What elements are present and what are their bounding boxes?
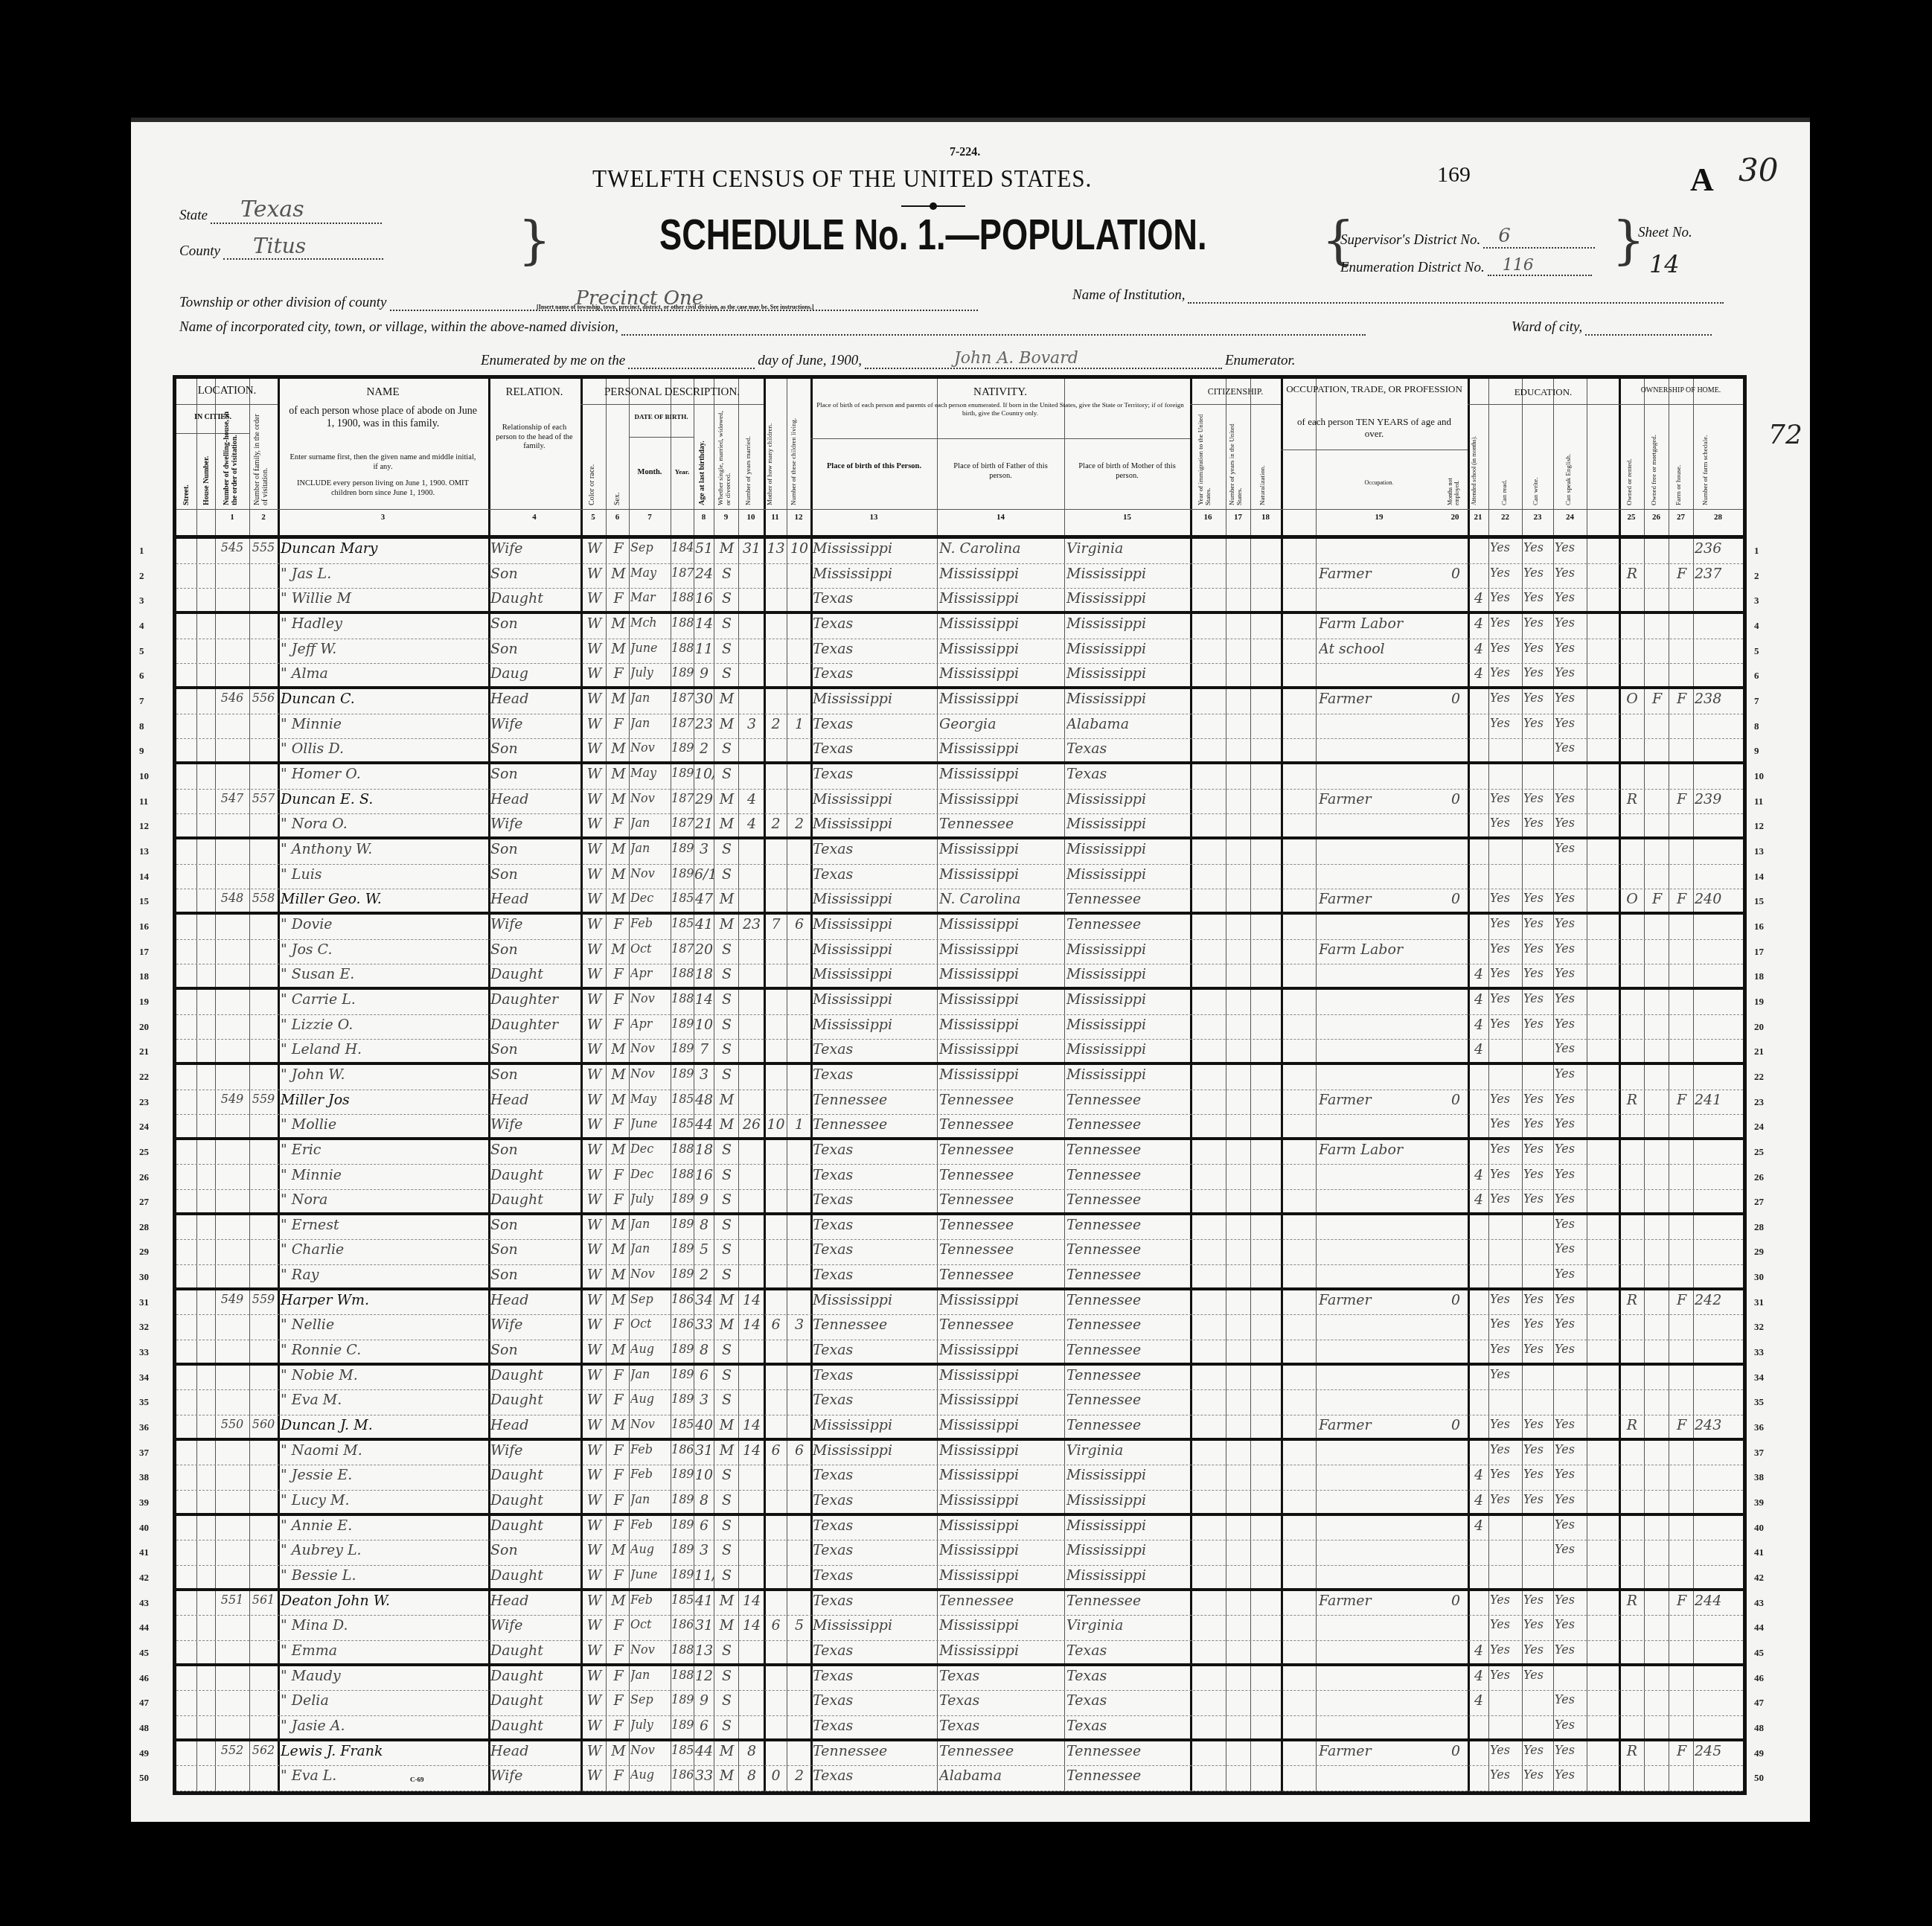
owned-free-mortgaged bbox=[1645, 615, 1669, 638]
children-living: 2 bbox=[788, 816, 810, 838]
birthplace-father: Mississippi bbox=[939, 665, 1063, 688]
relation: Head bbox=[490, 691, 580, 713]
row-number-right: 38 bbox=[1754, 1471, 1764, 1483]
birthplace-person: Texas bbox=[813, 866, 936, 889]
can-read: Yes bbox=[1490, 1442, 1522, 1465]
table-row: 44" HadleySonWMMch188614STexasMississipp… bbox=[176, 614, 1743, 639]
row-number-right: 2 bbox=[1754, 570, 1759, 582]
owned-rented: R bbox=[1620, 791, 1644, 813]
months-not-employed bbox=[1444, 941, 1468, 964]
age: 29 bbox=[694, 791, 714, 813]
farm-or-house: F bbox=[1670, 691, 1693, 713]
years-married: 14 bbox=[740, 1442, 764, 1465]
relation: Wife bbox=[490, 1617, 580, 1639]
can-write: Yes bbox=[1523, 1167, 1553, 1189]
hdr-line bbox=[176, 404, 278, 405]
color-race: W bbox=[583, 1617, 606, 1639]
dwelling-number bbox=[215, 1342, 249, 1364]
birthplace-person: Mississippi bbox=[813, 966, 936, 988]
birthplace-father: Mississippi bbox=[939, 566, 1063, 588]
color-race: W bbox=[583, 1642, 606, 1665]
table-row: 2020" Lizzie O.DaughterWFApr189010SMissi… bbox=[176, 1015, 1743, 1040]
owned-free-mortgaged bbox=[1645, 1316, 1669, 1339]
dwelling-number bbox=[215, 916, 249, 938]
birth-year: 1870 bbox=[671, 691, 694, 713]
attended-school bbox=[1469, 1392, 1488, 1414]
children-living bbox=[788, 1342, 810, 1364]
relation: Daught bbox=[490, 1467, 580, 1489]
hdr-name-instr2: INCLUDE every person living on June 1, 1… bbox=[288, 479, 478, 498]
birthplace-mother: Texas bbox=[1066, 740, 1189, 763]
owned-rented bbox=[1620, 1767, 1644, 1790]
table-row: 2727" NoraDaughtWFJuly18909STexasTenness… bbox=[176, 1190, 1743, 1215]
person-name: " Lucy M. bbox=[281, 1492, 487, 1514]
farm-or-house bbox=[1670, 1392, 1693, 1414]
family-number: 561 bbox=[249, 1593, 278, 1615]
birthplace-mother: Texas bbox=[1066, 1692, 1189, 1715]
birth-month: Mar bbox=[630, 590, 671, 612]
children-living bbox=[788, 615, 810, 638]
can-read: Yes bbox=[1490, 1617, 1522, 1639]
attended-school: 4 bbox=[1469, 991, 1488, 1014]
row-number-right: 30 bbox=[1754, 1271, 1764, 1283]
can-read: Yes bbox=[1490, 641, 1522, 663]
farm-schedule-number bbox=[1695, 1116, 1742, 1139]
marital-status: M bbox=[715, 1593, 738, 1615]
can-read: Yes bbox=[1490, 566, 1522, 588]
family-number: 555 bbox=[249, 540, 278, 563]
birthplace-person: Texas bbox=[813, 1642, 936, 1665]
months-not-employed bbox=[1444, 991, 1468, 1014]
owned-rented bbox=[1620, 1066, 1644, 1089]
age: 3 bbox=[694, 1066, 714, 1089]
marital-status: S bbox=[715, 966, 738, 988]
owned-rented bbox=[1620, 1342, 1644, 1364]
hdr-years-in-us: Number of years in the United States. bbox=[1229, 409, 1248, 505]
can-speak-english: Yes bbox=[1555, 816, 1587, 838]
hdr-occupation-desc: of each person TEN YEARS of age and over… bbox=[1288, 416, 1460, 439]
age: 8 bbox=[694, 1492, 714, 1514]
birthplace-person: Texas bbox=[813, 1217, 936, 1239]
occupation bbox=[1319, 1342, 1442, 1364]
relation: Wife bbox=[490, 1316, 580, 1339]
birth-year: 1866 bbox=[671, 1767, 694, 1790]
family-number bbox=[249, 1367, 278, 1389]
owned-free-mortgaged bbox=[1645, 665, 1669, 688]
owned-rented bbox=[1620, 665, 1644, 688]
years-married bbox=[740, 615, 764, 638]
sex: M bbox=[608, 641, 629, 663]
family-number bbox=[249, 1467, 278, 1489]
owned-free-mortgaged bbox=[1645, 1392, 1669, 1414]
age: 6 bbox=[694, 1718, 714, 1740]
can-write bbox=[1523, 740, 1553, 763]
sex: M bbox=[608, 1041, 629, 1063]
relation: Son bbox=[490, 740, 580, 763]
row-number-right: 16 bbox=[1754, 921, 1764, 932]
sex: F bbox=[608, 916, 629, 938]
children-living bbox=[788, 841, 810, 863]
occupation: Farmer bbox=[1319, 891, 1442, 913]
hdr-date-of-birth: DATE OF BIRTH. bbox=[629, 413, 694, 421]
birth-year: 1896 bbox=[671, 1542, 694, 1564]
sex: F bbox=[608, 1191, 629, 1214]
years-married bbox=[740, 665, 764, 688]
mother-of-children bbox=[765, 740, 787, 763]
birth-year: 1852 bbox=[671, 1092, 694, 1114]
mother-of-children: 6 bbox=[765, 1316, 787, 1339]
birth-month: Feb bbox=[630, 1467, 671, 1489]
sex: M bbox=[608, 841, 629, 863]
table-row: 4343551561Deaton John W.HeadWMFeb185941M… bbox=[176, 1591, 1743, 1616]
birthplace-father: Alabama bbox=[939, 1767, 1063, 1790]
farm-schedule-number bbox=[1695, 1367, 1742, 1389]
table-row: 3535" Eva M.DaughtWFAug18963STexasMissis… bbox=[176, 1390, 1743, 1415]
can-read: Yes bbox=[1490, 691, 1522, 713]
sex: F bbox=[608, 1442, 629, 1465]
birthplace-father: Mississippi bbox=[939, 1417, 1063, 1439]
age: 8 bbox=[694, 1217, 714, 1239]
birth-month: Feb bbox=[630, 1593, 671, 1615]
children-living: 6 bbox=[788, 1442, 810, 1465]
row-number-left: 4 bbox=[139, 620, 144, 632]
marital-status: M bbox=[715, 1316, 738, 1339]
years-married: 31 bbox=[740, 540, 764, 563]
months-not-employed bbox=[1444, 590, 1468, 612]
birth-month: Sep bbox=[630, 1292, 671, 1314]
can-write: Yes bbox=[1523, 540, 1553, 563]
city-label: Name of incorporated city, town, or vill… bbox=[179, 319, 618, 335]
state-value: Texas bbox=[211, 196, 304, 223]
hdr-name: NAME bbox=[278, 386, 488, 399]
row-number-left: 31 bbox=[139, 1296, 149, 1308]
can-speak-english: Yes bbox=[1555, 1442, 1587, 1465]
dwelling-number: 548 bbox=[215, 891, 249, 913]
birth-year: 1897 bbox=[671, 740, 694, 763]
mother-of-children bbox=[765, 615, 787, 638]
relation: Daught bbox=[490, 1367, 580, 1389]
owned-rented bbox=[1620, 1517, 1644, 1540]
sheet-no-value: 14 bbox=[1649, 250, 1680, 278]
years-married bbox=[740, 1041, 764, 1063]
owned-rented: R bbox=[1620, 1292, 1644, 1314]
months-not-employed bbox=[1444, 916, 1468, 938]
enumeration-district-field: Enumeration District No. 116 bbox=[1340, 256, 1592, 276]
supervisors-district-value: 6 bbox=[1483, 225, 1511, 247]
family-number: 557 bbox=[249, 791, 278, 813]
can-speak-english: Yes bbox=[1555, 1692, 1587, 1715]
children-living bbox=[788, 1066, 810, 1089]
can-read bbox=[1490, 1517, 1522, 1540]
birthplace-father: Tennessee bbox=[939, 1316, 1063, 1339]
relation: Daught bbox=[490, 1191, 580, 1214]
years-married bbox=[740, 1392, 764, 1414]
dwelling-number bbox=[215, 1217, 249, 1239]
can-read: Yes bbox=[1490, 916, 1522, 938]
attended-school: 4 bbox=[1469, 1017, 1488, 1039]
marital-status: M bbox=[715, 1116, 738, 1139]
person-name: " Ernest bbox=[281, 1217, 487, 1239]
birth-month: Mch bbox=[630, 615, 671, 638]
birth-year: 1863 bbox=[671, 1292, 694, 1314]
dwelling-number bbox=[215, 1467, 249, 1489]
dwelling-number bbox=[215, 941, 249, 964]
relation: Son bbox=[490, 866, 580, 889]
children-living bbox=[788, 1417, 810, 1439]
birthplace-person: Texas bbox=[813, 665, 936, 688]
birth-year: 1888 bbox=[671, 641, 694, 663]
birth-year: 1891 bbox=[671, 1342, 694, 1364]
farm-schedule-number: 242 bbox=[1695, 1292, 1742, 1314]
sex: M bbox=[608, 740, 629, 763]
dwelling-number bbox=[215, 615, 249, 638]
relation: Son bbox=[490, 1267, 580, 1289]
person-name: " Jessie E. bbox=[281, 1467, 487, 1489]
hdr-owned-free: Owned free or mortgaged. bbox=[1651, 412, 1658, 505]
birthplace-mother: Tennessee bbox=[1066, 916, 1189, 938]
mother-of-children bbox=[765, 866, 787, 889]
can-speak-english: Yes bbox=[1555, 1241, 1587, 1264]
occupation: Farmer bbox=[1319, 1593, 1442, 1615]
person-name: " Luis bbox=[281, 866, 487, 889]
farm-schedule-number bbox=[1695, 590, 1742, 612]
person-name: " Annie E. bbox=[281, 1517, 487, 1540]
months-not-employed bbox=[1444, 1142, 1468, 1164]
color-race: W bbox=[583, 716, 606, 738]
color-race: W bbox=[583, 1542, 606, 1564]
hdr-dwelling-number: Number of dwelling-house, in the order o… bbox=[223, 409, 246, 505]
age: 34 bbox=[694, 1292, 714, 1314]
farm-schedule-number bbox=[1695, 1041, 1742, 1063]
table-row: 1919" Carrie L.DaughterWFNov188514SMissi… bbox=[176, 990, 1743, 1015]
person-name: " Charlie bbox=[281, 1241, 487, 1264]
relation: Son bbox=[490, 1217, 580, 1239]
family-number bbox=[249, 1642, 278, 1665]
birth-year: 1892 bbox=[671, 1492, 694, 1514]
row-number-right: 12 bbox=[1754, 820, 1764, 832]
family-number bbox=[249, 566, 278, 588]
occupation: Farm Labor bbox=[1319, 615, 1442, 638]
can-write: Yes bbox=[1523, 1142, 1553, 1164]
owned-free-mortgaged bbox=[1645, 1593, 1669, 1615]
color-race: W bbox=[583, 1041, 606, 1063]
family-number bbox=[249, 1217, 278, 1239]
birthplace-mother: Mississippi bbox=[1066, 816, 1189, 838]
age: 48 bbox=[694, 1092, 714, 1114]
person-name: " Dovie bbox=[281, 916, 487, 938]
marital-status: M bbox=[715, 1292, 738, 1314]
person-name: Deaton John W. bbox=[281, 1593, 487, 1615]
table-row: 66" AlmaDaugWFJuly18909STexasMississippi… bbox=[176, 664, 1743, 689]
occupation: Farm Labor bbox=[1319, 1142, 1442, 1164]
birth-year: 1883 bbox=[671, 590, 694, 612]
county-field: County Titus bbox=[179, 234, 403, 260]
birth-month: Aug bbox=[630, 1342, 671, 1364]
dwelling-number bbox=[215, 566, 249, 588]
occupation bbox=[1319, 1392, 1442, 1414]
age: 41 bbox=[694, 1593, 714, 1615]
can-speak-english: Yes bbox=[1555, 1267, 1587, 1289]
table-row: 1818" Susan E.DaughtWFApr188218SMississi… bbox=[176, 964, 1743, 990]
birth-year: 1890 bbox=[671, 1692, 694, 1715]
hdr-attended-school: Attended school (in months). bbox=[1471, 409, 1488, 505]
marital-status: S bbox=[715, 1191, 738, 1214]
ward-label: Ward of city, bbox=[1512, 319, 1582, 335]
row-number-left: 40 bbox=[139, 1522, 149, 1534]
farm-schedule-number bbox=[1695, 1668, 1742, 1690]
birthplace-father: Mississippi bbox=[939, 1492, 1063, 1514]
owned-rented bbox=[1620, 916, 1644, 938]
can-read: Yes bbox=[1490, 665, 1522, 688]
farm-or-house: F bbox=[1670, 1593, 1693, 1615]
family-number bbox=[249, 1017, 278, 1039]
birthplace-father: Mississippi bbox=[939, 1467, 1063, 1489]
family-number bbox=[249, 1267, 278, 1289]
sex: M bbox=[608, 1417, 629, 1439]
owned-free-mortgaged bbox=[1645, 941, 1669, 964]
can-write: Yes bbox=[1523, 1417, 1553, 1439]
owned-rented bbox=[1620, 1167, 1644, 1189]
sex: M bbox=[608, 615, 629, 638]
relation: Son bbox=[490, 641, 580, 663]
person-name: " Aubrey L. bbox=[281, 1542, 487, 1564]
dwelling-number bbox=[215, 841, 249, 863]
children-living bbox=[788, 641, 810, 663]
birthplace-person: Texas bbox=[813, 740, 936, 763]
birthplace-mother: Tennessee bbox=[1066, 1116, 1189, 1139]
table-row: 4141" Aubrey L.SonWMAug18963STexasMissis… bbox=[176, 1541, 1743, 1566]
birth-year: 1890 bbox=[671, 1017, 694, 1039]
hdr-pob-father: Place of birth of Father of this person. bbox=[943, 462, 1058, 481]
months-not-employed bbox=[1444, 1542, 1468, 1564]
can-speak-english bbox=[1555, 1392, 1587, 1414]
census-page: 7-224. TWELFTH CENSUS OF THE UNITED STAT… bbox=[131, 118, 1810, 1822]
table-row: 4949552562Lewis J. FrankHeadWMNov185544M… bbox=[176, 1741, 1743, 1767]
birthplace-person: Mississippi bbox=[813, 1617, 936, 1639]
mother-of-children bbox=[765, 1492, 787, 1514]
owned-free-mortgaged bbox=[1645, 841, 1669, 863]
can-speak-english: Yes bbox=[1555, 1066, 1587, 1089]
hdr-relation-desc: Relationship of each person to the head … bbox=[493, 423, 576, 452]
person-name: " Eva L. bbox=[281, 1767, 487, 1790]
sex: M bbox=[608, 1743, 629, 1765]
farm-or-house bbox=[1670, 966, 1693, 988]
attended-school: 4 bbox=[1469, 966, 1488, 988]
hdr-children-living: Number of these children living. bbox=[790, 409, 808, 505]
farm-or-house bbox=[1670, 991, 1693, 1014]
attended-school bbox=[1469, 1417, 1488, 1439]
age: 18 bbox=[694, 966, 714, 988]
children-living bbox=[788, 766, 810, 788]
age: 12 bbox=[694, 1668, 714, 1690]
person-name: " Ronnie C. bbox=[281, 1342, 487, 1364]
dwelling-number bbox=[215, 716, 249, 738]
marital-status: S bbox=[715, 1041, 738, 1063]
years-married bbox=[740, 1492, 764, 1514]
birthplace-mother: Mississippi bbox=[1066, 1517, 1189, 1540]
enumerator-value: John A. Bovard bbox=[865, 349, 1078, 368]
months-not-employed bbox=[1444, 1241, 1468, 1264]
dwelling-number bbox=[215, 1116, 249, 1139]
attended-school bbox=[1469, 1617, 1488, 1639]
age: 8 bbox=[694, 1342, 714, 1364]
sex: F bbox=[608, 1668, 629, 1690]
farm-schedule-number bbox=[1695, 1392, 1742, 1414]
color-race: W bbox=[583, 1767, 606, 1790]
family-number bbox=[249, 1041, 278, 1063]
can-speak-english: Yes bbox=[1555, 916, 1587, 938]
months-not-employed: 0 bbox=[1444, 1593, 1468, 1615]
row-number-left: 48 bbox=[139, 1722, 149, 1734]
birthplace-father: Mississippi bbox=[939, 916, 1063, 938]
attended-school bbox=[1469, 791, 1488, 813]
can-speak-english: Yes bbox=[1555, 841, 1587, 863]
children-living bbox=[788, 1167, 810, 1189]
color-race: W bbox=[583, 1367, 606, 1389]
birthplace-person: Mississippi bbox=[813, 1292, 936, 1314]
birthplace-father: Mississippi bbox=[939, 615, 1063, 638]
relation: Wife bbox=[490, 716, 580, 738]
mother-of-children bbox=[765, 1718, 787, 1740]
birth-year: 1892 bbox=[671, 1217, 694, 1239]
row-number-right: 49 bbox=[1754, 1747, 1764, 1759]
farm-or-house bbox=[1670, 1041, 1693, 1063]
farm-schedule-number: 237 bbox=[1695, 566, 1742, 588]
colnum: 4 bbox=[488, 513, 580, 522]
attended-school: 4 bbox=[1469, 1041, 1488, 1063]
colnum: 16 bbox=[1190, 513, 1226, 522]
sex: F bbox=[608, 1167, 629, 1189]
birthplace-father: Mississippi bbox=[939, 866, 1063, 889]
relation: Son bbox=[490, 1342, 580, 1364]
children-living bbox=[788, 1492, 810, 1514]
family-number: 562 bbox=[249, 1743, 278, 1765]
can-speak-english: Yes bbox=[1555, 1191, 1587, 1214]
birth-month: Jan bbox=[630, 1241, 671, 1264]
owned-free-mortgaged bbox=[1645, 1342, 1669, 1364]
row-number-right: 33 bbox=[1754, 1346, 1764, 1358]
colnum: 15 bbox=[1064, 513, 1190, 522]
hdr-house-number: House Number. bbox=[202, 446, 211, 505]
owned-rented bbox=[1620, 1642, 1644, 1665]
table-row: 4646" MaudyDaughtWFJan188812STexasTexasT… bbox=[176, 1666, 1743, 1692]
months-not-employed bbox=[1444, 1342, 1468, 1364]
sex: F bbox=[608, 1367, 629, 1389]
owned-rented bbox=[1620, 1191, 1644, 1214]
relation: Son bbox=[490, 1041, 580, 1063]
age: 3 bbox=[694, 1542, 714, 1564]
owned-rented bbox=[1620, 1467, 1644, 1489]
row-number-right: 48 bbox=[1754, 1722, 1764, 1734]
birth-month: May bbox=[630, 766, 671, 788]
birth-year: 1848 bbox=[671, 540, 694, 563]
table-row: 11545555Duncan MaryWifeWFSep184851M31131… bbox=[176, 539, 1743, 564]
can-write bbox=[1523, 1517, 1553, 1540]
birthplace-father: Mississippi bbox=[939, 941, 1063, 964]
owned-free-mortgaged bbox=[1645, 1743, 1669, 1765]
table-row: 3333" Ronnie C.SonWMAug18918STexasMissis… bbox=[176, 1340, 1743, 1366]
sex: F bbox=[608, 1692, 629, 1715]
can-speak-english bbox=[1555, 766, 1587, 788]
birth-year: 1894 bbox=[671, 1517, 694, 1540]
birthplace-father: Mississippi bbox=[939, 766, 1063, 788]
owned-rented bbox=[1620, 1116, 1644, 1139]
farm-or-house bbox=[1670, 941, 1693, 964]
row-number-left: 18 bbox=[139, 970, 149, 982]
owned-free-mortgaged bbox=[1645, 641, 1669, 663]
colnum: 10 bbox=[738, 513, 764, 522]
farm-or-house bbox=[1670, 1142, 1693, 1164]
